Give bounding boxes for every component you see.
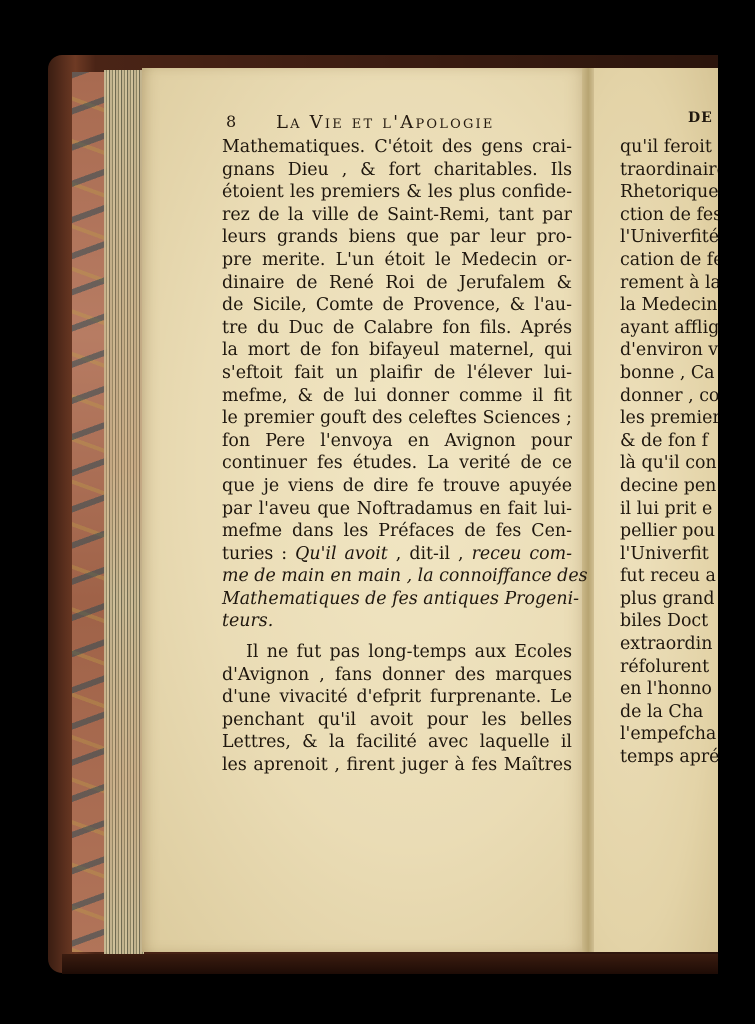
- italic-quote-line: Mathematiques de fes antiques Progeni-: [222, 588, 572, 611]
- italic-quote-line: me de main en main , la connoiffance des: [222, 565, 572, 588]
- text-fragment: turies :: [222, 544, 295, 564]
- image-right-border: [718, 0, 755, 1024]
- text-line: Mathematiques. C'étoit des gens crai-: [222, 136, 572, 159]
- page-fore-edge: [104, 70, 144, 954]
- right-page-running-head: DE: [688, 110, 713, 126]
- text-line: pre merite. L'un étoit le Medecin or-: [222, 249, 572, 272]
- paragraph-gap: [222, 633, 572, 641]
- text-line: la mort de fon bifayeul maternel, qui: [222, 339, 572, 362]
- text-line: que je viens de dire fe trouve apuyée: [222, 475, 572, 498]
- quote-intro-line: turies : Qu'il avoit , dit-il , receu co…: [222, 543, 572, 566]
- text-line: étoient les premiers & les plus confide-: [222, 181, 572, 204]
- text-line: mefme dans les Préfaces de fes Cen-: [222, 520, 572, 543]
- left-page-header: 8 La Vie et l'Apologie: [222, 112, 582, 138]
- text-line: le premier gouft des celeftes Sciences ;: [222, 407, 572, 430]
- text-line: dinaire de René Roi de Jerufalem &: [222, 272, 572, 295]
- marbled-endpaper: [72, 72, 108, 952]
- text-line: rez de la ville de Saint-Remi, tant par: [222, 204, 572, 227]
- left-page-text: Mathematiques. C'étoit des gens crai- gn…: [222, 136, 572, 777]
- italic-quote-line: teurs.: [222, 610, 572, 633]
- text-line: de Sicile, Comte de Provence, & l'au-: [222, 294, 572, 317]
- text-line: Il ne fut pas long-temps aux Ecoles: [222, 641, 572, 664]
- text-line: Lettres, & la facilité avec laquelle il: [222, 731, 572, 754]
- text-line: penchant qu'il avoit pour les belles: [222, 709, 572, 732]
- text-line: d'une vivacité d'efprit furprenante. Le: [222, 686, 572, 709]
- text-fragment: , dit-il ,: [388, 544, 472, 564]
- text-line: les aprenoit , firent juger à fes Maître…: [222, 754, 572, 777]
- page-number: 8: [226, 112, 237, 131]
- text-line: fon Pere l'envoya en Avignon pour: [222, 430, 572, 453]
- running-head: La Vie et l'Apologie: [276, 112, 495, 133]
- text-line: par l'aveu que Noftradamus en fait lui-: [222, 498, 572, 521]
- text-line: leurs grands biens que par leur pro-: [222, 226, 572, 249]
- text-line: gnans Dieu , & fort charitables. Ils: [222, 159, 572, 182]
- text-line: mefme, & de lui donner comme il fit: [222, 385, 572, 408]
- italic-quote-fragment: receu com-: [472, 544, 572, 564]
- italic-quote-fragment: Qu'il avoit: [295, 544, 388, 564]
- text-line: s'eftoit fait un plaifir de l'élever lui…: [222, 362, 572, 385]
- text-line: continuer fes études. La verité de ce: [222, 452, 572, 475]
- book-cover-bottom-edge: [62, 954, 728, 974]
- text-line: d'Avignon , fans donner des marques: [222, 664, 572, 687]
- text-line: tre du Duc de Calabre fon fils. Aprés: [222, 317, 572, 340]
